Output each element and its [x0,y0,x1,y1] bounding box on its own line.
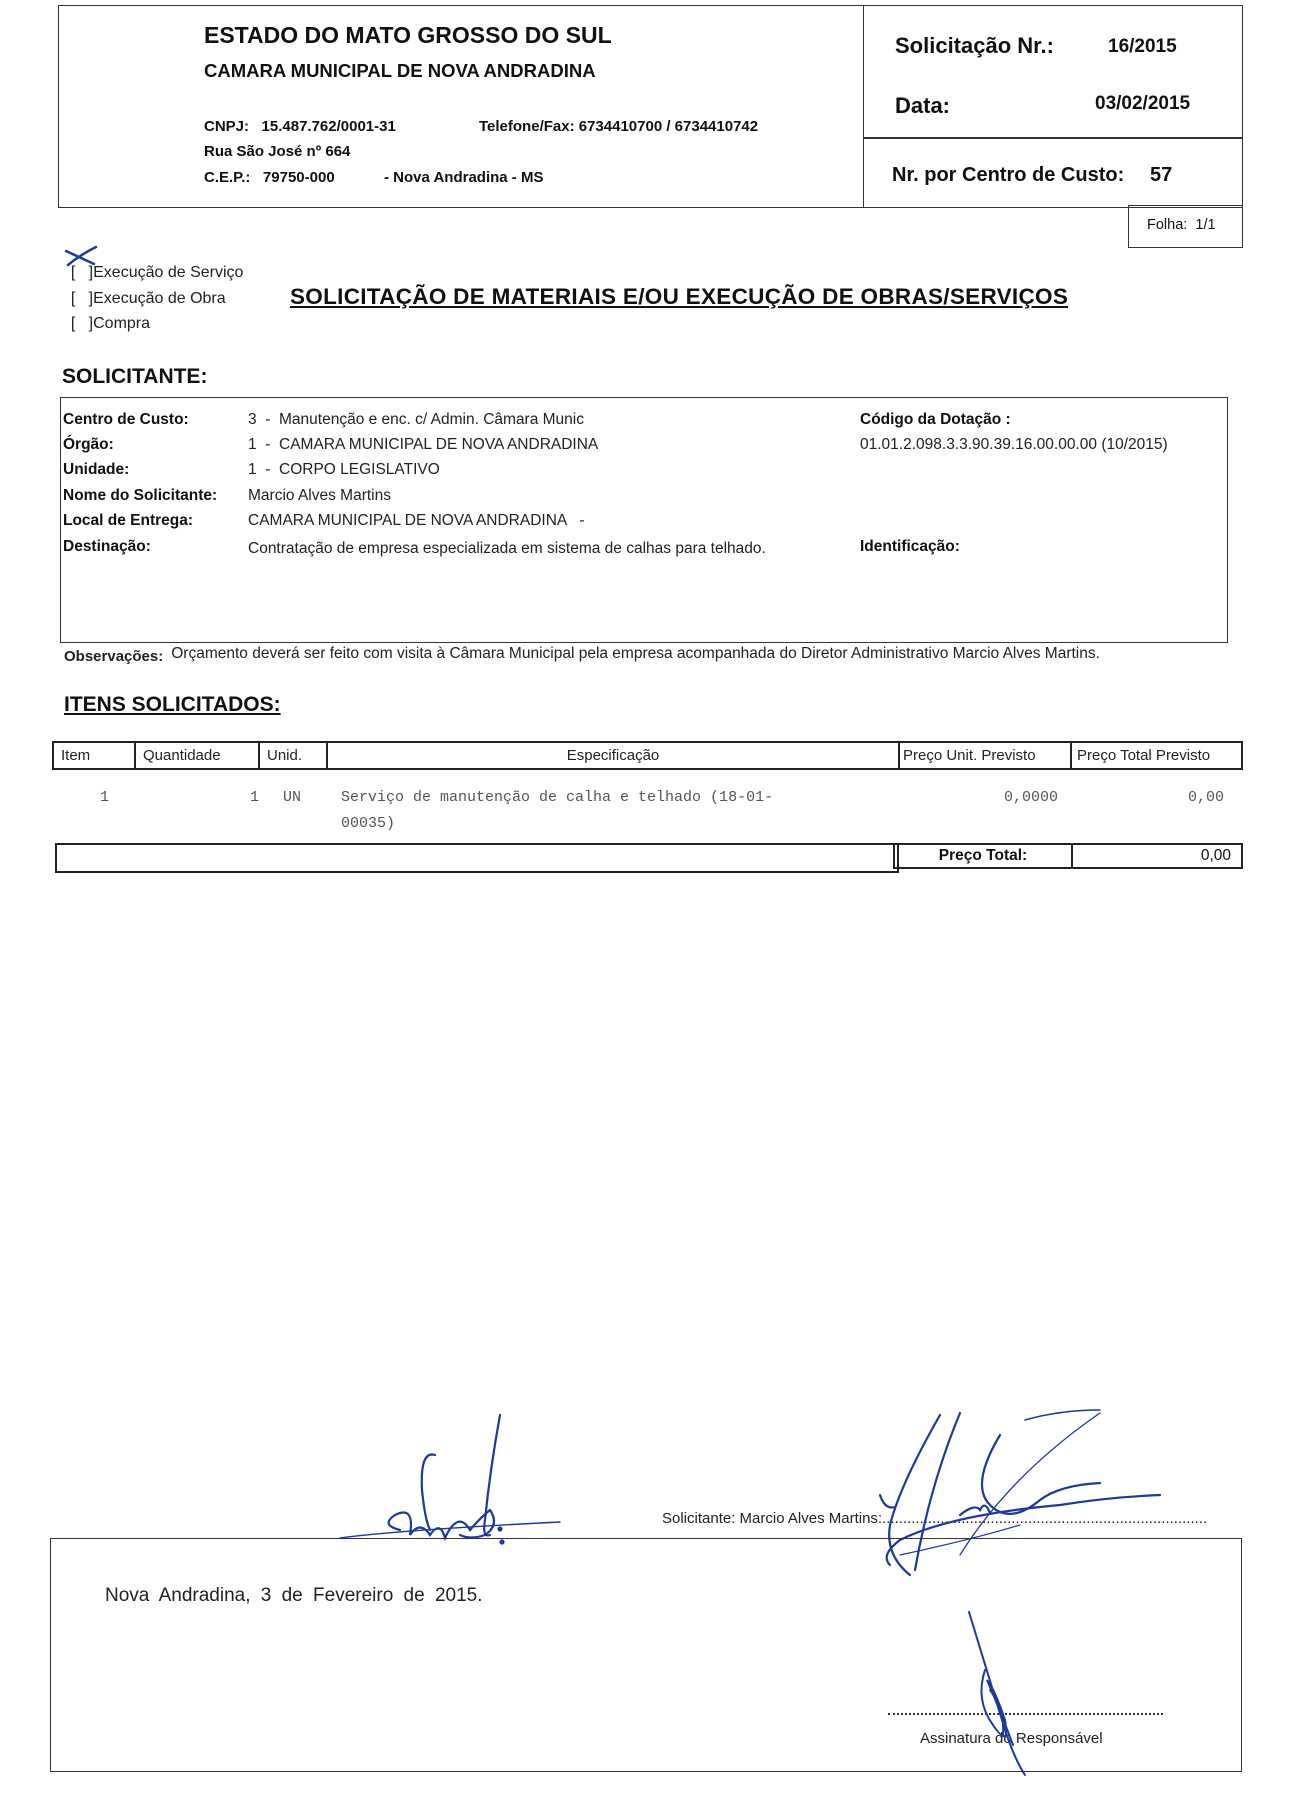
field-value-nome-solicitante: Marcio Alves Martins [248,487,391,505]
sheet-label: Folha: [1147,217,1187,233]
cell-unit-price: 0,0000 [1004,789,1058,806]
cell-spec-line1: Serviço de manutenção de calha e telhado… [341,789,773,806]
request-number-value: 16/2015 [1108,36,1177,58]
place-date: Nova Andradina, 3 de Fevereiro de 2015. [105,1585,483,1607]
cep-line: C.E.P.: 79750-000 [204,169,335,186]
field-label-centro-custo: Centro de Custo: [63,411,189,429]
column-header-preco-total: Preço Total Previsto [1070,741,1243,770]
items-heading: ITENS SOLICITADOS: [64,693,281,717]
cnpj-value: 15.487.762/0001-31 [262,118,396,135]
field-label-nome-solicitante: Nome do Solicitante: [63,487,217,505]
dotacao-label: Código da Dotação : [860,411,1011,429]
identificacao-label: Identificação: [860,538,960,556]
handwritten-check-icon [60,245,100,267]
observacoes-text: Orçamento deverá ser feito com visita à … [171,645,1100,662]
institution-name: CAMARA MUNICIPAL DE NOVA ANDRADINA [204,60,596,82]
checkbox-label: Compra [93,315,150,332]
cnpj-line: CNPJ: 15.487.762/0001-31 [204,118,396,135]
field-label-local-entrega: Local de Entrega: [63,512,193,530]
cep-value: 79750-000 [263,169,335,186]
cell-quantity: 1 [250,789,259,806]
column-header-especificacao: Especificação [326,741,900,770]
total-value: 0,00 [1071,843,1243,869]
column-header-item: Item [52,741,136,770]
cost-center-nr-label: Nr. por Centro de Custo: [892,164,1124,187]
column-header-preco-unit: Preço Unit. Previsto [898,741,1072,770]
address-line: Rua São José nº 664 [204,143,350,160]
field-value-centro-custo: 3 - Manutenção e enc. c/ Admin. Câmara M… [248,411,584,429]
field-label-unidade: Unidade: [63,461,129,479]
column-header-unid: Unid. [258,741,328,770]
phone-line: Telefone/Fax: 6734410700 / 6734410742 [479,118,758,135]
solicitante-heading: SOLICITANTE: [62,365,207,389]
cep-label: C.E.P.: [204,169,250,186]
date-value: 03/02/2015 [1095,93,1190,115]
cell-spec-line2: 00035) [341,815,395,832]
observacoes: Observações:Orçamento deverá ser feito c… [64,645,1100,663]
date-label: Data: [895,93,950,119]
solicitante-box [60,397,1228,643]
phone-value: 6734410700 / 6734410742 [579,118,758,135]
field-value-destinacao: Contratação de empresa especializada em … [248,540,766,558]
cell-unit: UN [283,789,301,806]
field-value-unidade: 1 - CORPO LEGISLATIVO [248,461,440,479]
checkbox-compra[interactable]: [ ]Compra [62,297,150,333]
request-number-label: Solicitação Nr.: [895,33,1054,59]
city-line: - Nova Andradina - MS [384,169,543,186]
state-name: ESTADO DO MATO GROSSO DO SUL [204,22,612,49]
phone-label: Telefone/Fax: [479,118,575,135]
total-label: Preço Total: [893,843,1073,869]
dotacao-value: 01.01.2.098.3.3.90.39.16.00.00.00 (10/20… [860,436,1168,454]
column-header-quantidade: Quantidade [134,741,260,770]
field-label-destinacao: Destinação: [63,538,151,556]
checkbox-bracket: [ ] [71,315,93,332]
sheet-indicator: Folha: 1/1 [1147,217,1216,233]
cell-total-price: 0,00 [1188,789,1224,806]
cost-center-nr-value: 57 [1150,164,1172,187]
observacoes-label: Observações: [64,648,163,665]
document-title: SOLICITAÇÃO DE MATERIAIS E/OU EXECUÇÃO D… [290,284,1068,310]
sheet-value: 1/1 [1195,217,1215,233]
field-value-orgao: 1 - CAMARA MUNICIPAL DE NOVA ANDRADINA [248,436,598,454]
cell-item: 1 [100,789,109,806]
total-spacer-cell [55,843,899,873]
cnpj-label: CNPJ: [204,118,249,135]
field-value-local-entrega: CAMARA MUNICIPAL DE NOVA ANDRADINA - [248,512,584,530]
field-label-orgao: Órgão: [63,436,114,454]
signature-responsavel-icon [965,1610,1055,1780]
signature-left-icon [340,1410,560,1550]
divider [863,137,1243,139]
sheet-box: Folha: 1/1 [1128,205,1243,248]
